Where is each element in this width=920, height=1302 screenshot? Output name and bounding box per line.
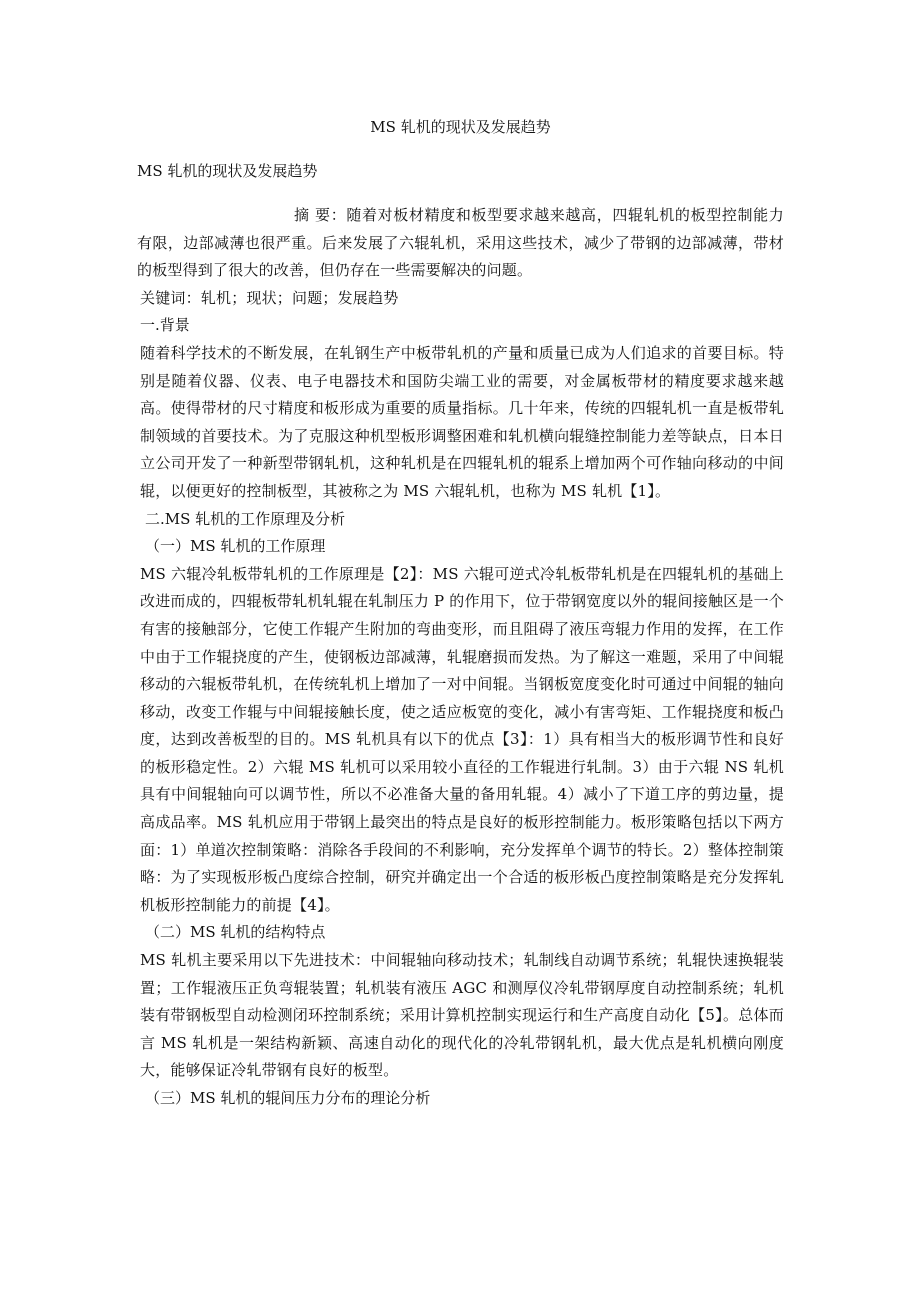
keywords-line: 关键词：轧机；现状；问题；发展趋势 [137, 285, 784, 313]
background-paragraph: 随着科学技术的不断发展，在轧钢生产中板带轧机的产量和质量已成为人们追求的首要目标… [137, 340, 784, 506]
abstract-paragraph: 摘 要：随着对板材精度和板型要求越来越高，四辊轧机的板型控制能力有限，边部减薄也… [137, 202, 784, 285]
document-page: MS 轧机的现状及发展趋势 MS 轧机的现状及发展趋势 摘 要：随着对板材精度和… [137, 114, 784, 1113]
subsection-heading-working-principle: （一）MS 轧机的工作原理 [137, 533, 784, 561]
subsection-heading-pressure-distribution: （三）MS 轧机的辊间压力分布的理论分析 [137, 1085, 784, 1113]
working-principle-paragraph: MS 六辊冷轧板带轧机的工作原理是【2】：MS 六辊可逆式冷轧板带轧机是在四辊轧… [137, 561, 784, 920]
subsection-heading-structure: （二）MS 轧机的结构特点 [137, 919, 784, 947]
document-subtitle: MS 轧机的现状及发展趋势 [137, 158, 784, 184]
section-heading-principle-analysis: 二.MS 轧机的工作原理及分析 [137, 506, 784, 534]
structure-paragraph: MS 轧机主要采用以下先进技术：中间辊轴向移动技术；轧制线自动调节系统；轧辊快速… [137, 947, 784, 1085]
section-heading-background: 一.背景 [137, 312, 784, 340]
document-title: MS 轧机的现状及发展趋势 [137, 114, 784, 140]
